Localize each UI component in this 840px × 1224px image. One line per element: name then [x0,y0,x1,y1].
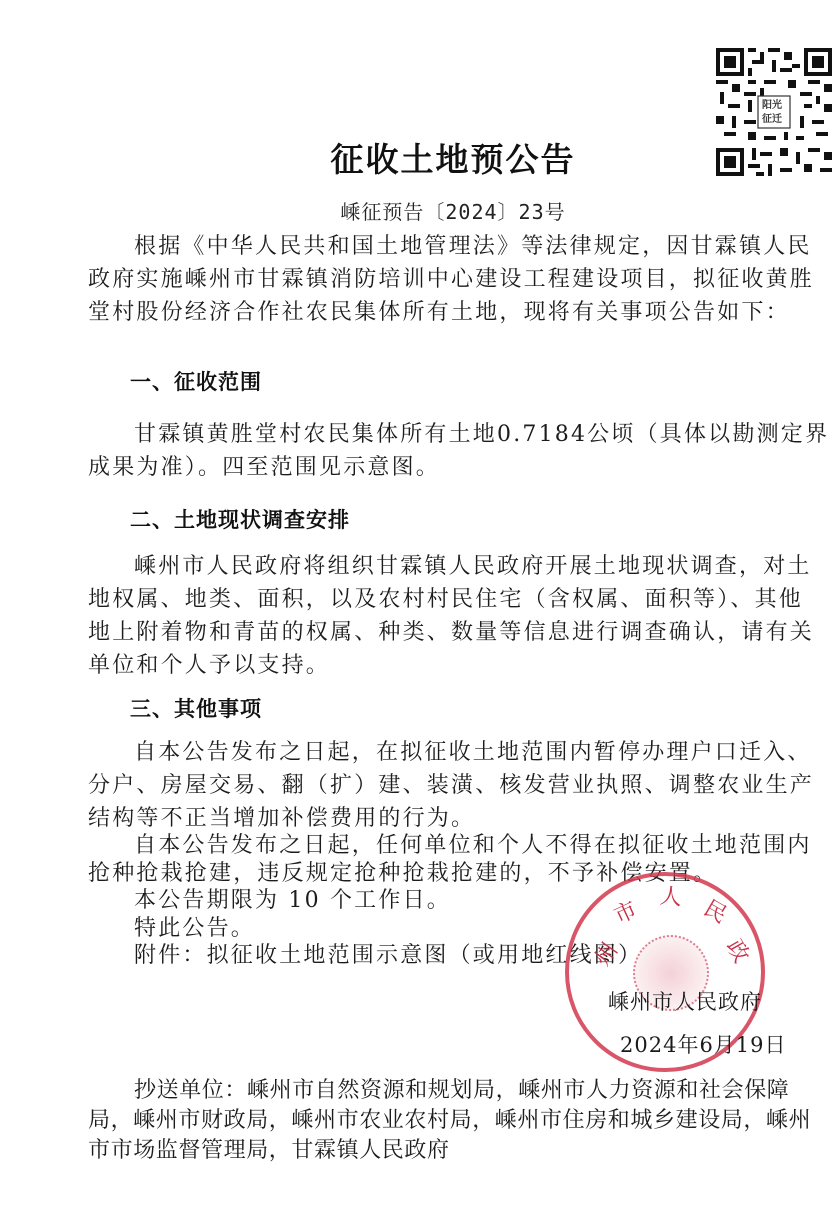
section-heading-survey: 二、土地现状调查安排 [130,504,350,534]
document-title: 征收土地预公告 [0,134,840,181]
section-line: 嵊州市人民政府将组织甘霖镇人民政府开展土地现状调查，对土 [134,550,812,583]
cc-line: 市市场监督管理局，甘霖镇人民政府 [88,1134,450,1167]
section-heading-scope: 一、征收范围 [130,366,262,396]
section-line: 分户、房屋交易、翻（扩）建、装潢、核发营业执照、调整农业生产 [88,769,814,802]
qr-label-bottom: 征迁 [762,110,782,125]
issuer-name: 嵊州市人民政府 [608,986,762,1016]
document-number: 嵊征预告〔2024〕23号 [0,196,840,225]
section-line: 地上附着物和青苗的权属、种类、数量等信息进行调查确认，请有关 [88,616,814,649]
intro-line: 根据《中华人民共和国土地管理法》等法律规定，因甘霖镇人民 [134,230,812,263]
issue-date: 2024年6月19日 [620,1029,787,1059]
cc-line: 局，嵊州市财政局，嵊州市农业农村局，嵊州市住房和城乡建设局，嵊州 [88,1104,811,1137]
intro-line: 政府实施嵊州市甘霖镇消防培训中心建设工程建设项目，拟征收黄胜 [88,263,814,296]
section-line: 甘霖镇黄胜堂村农民集体所有土地0.7184公顷（具体以勘测定界 [134,418,829,451]
intro-line: 堂村股份经济合作社农民集体所有土地，现将有关事项公告如下： [88,296,790,329]
section-line: 地权属、地类、面积，以及农村村民住宅（含权属、面积等）、其他 [88,583,803,616]
section-line: 单位和个人予以支持。 [88,649,330,682]
section-heading-other: 三、其他事项 [130,693,262,723]
section-line: 成果为准）。四至范围见示意图。 [88,451,440,484]
seal-char: 人 [659,879,684,912]
cc-line: 抄送单位：嵊州市自然资源和规划局，嵊州市人力资源和社会保障 [134,1074,789,1107]
qr-label-top: 阳光 [762,96,782,111]
section-line: 自本公告发布之日起，在拟征收土地范围内暂停办理户口迁入、 [134,736,812,769]
